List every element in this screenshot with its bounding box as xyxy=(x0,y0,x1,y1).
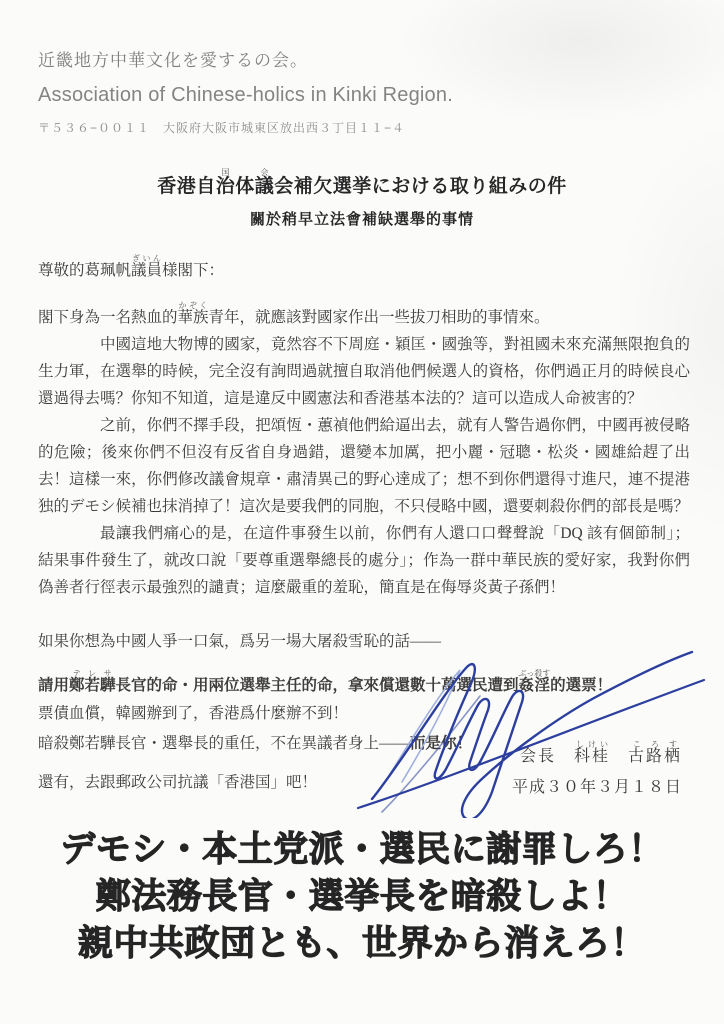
letter-body: 尊敬的葛珮帆議員ぎいん様閣下： 閣下身為一名熱血的華族かぞく青年，就應該對國家作… xyxy=(38,254,690,796)
name-ruby-annotation: 古路栖ころす xyxy=(628,748,682,765)
demand-line-bold: 請用鄭若驊テレサ長官的命・用兩位選舉主任的命，拿來償還數十萬選民遭到姦淫ぶっ殺す… xyxy=(38,669,690,699)
letter-title: 香港自治国体議会会補欠選挙における取り組みの件 xyxy=(0,168,724,204)
postal-address: 〒５３６−００１１ 大阪府大阪市城東区放出西３丁目１１−４ xyxy=(38,119,453,136)
assassination-line-bold-tail: 而是你！ xyxy=(410,735,472,752)
org-name-english: Association of Chinese-holics in Kinki R… xyxy=(38,84,453,107)
shout-line-disappear: 親中共政団とも、世界から消えろ！ xyxy=(0,920,724,967)
paragraph-condemnation: 最讓我們痛心的是，在這件事發生以前，你們有人還口口聲聲說「DQ 該有個節制」；結… xyxy=(38,520,690,601)
title-ruby-annotation: 治国 xyxy=(216,176,236,197)
shout-block: デモシ・本土党派・選民に謝罪しろ！ 鄭法務長官・選挙長を暗殺しよ！ 親中共政団と… xyxy=(0,826,724,967)
paragraph-opening: 閣下身為一名熱血的華族かぞく青年，就應該對國家作出一些拔刀相助的事情來。 xyxy=(38,301,690,331)
signoff-block: 会長 科桂しけい 古路栖ころす 平成３０年３月１８日 xyxy=(512,740,682,797)
letter-date: 平成３０年３月１８日 xyxy=(512,774,682,797)
demand-ruby-annotation: 鄭若驊テレサ xyxy=(69,677,116,694)
letterhead: 近畿地方中華文化を愛するの会。 Association of Chinese-h… xyxy=(38,46,453,136)
salutation: 尊敬的葛珮帆議員ぎいん様閣下： xyxy=(38,254,690,284)
title-text: 香港自 xyxy=(157,176,216,197)
paragraph-dq-candidates: 中國這地大物博的國家，竟然容不下周庭・穎匡・國強等，對祖國未來充滿無限抱負的生力… xyxy=(38,331,690,412)
title-text: 会補欠選挙における取り組みの件 xyxy=(274,176,567,197)
scanned-letter: 近畿地方中華文化を愛するの会。 Association of Chinese-h… xyxy=(0,0,724,1024)
shout-line-apology: デモシ・本土党派・選民に謝罪しろ！ xyxy=(0,826,724,873)
title-ruby-annotation: 議会 xyxy=(255,176,275,197)
demand-ruby-annotation: 姦淫ぶっ殺す xyxy=(519,677,551,694)
salutation-ruby-annotation: 議員ぎいん xyxy=(131,262,162,279)
name-ruby-annotation: 科桂しけい xyxy=(574,748,610,765)
letter-subtitle: 關於稍早立法會補缺選舉的事情 xyxy=(0,208,724,229)
paragraph-expelled-lawmakers: 之前，你們不擇手段，把頌恆・蕙禎他們給逼出去，就有人警告過你們，中國再被侵略的危… xyxy=(38,412,690,520)
vote-debt-line: 票債血償，韓國辦到了，香港爲什麼辦不到！ xyxy=(38,699,690,729)
title-text: 体 xyxy=(235,176,255,197)
org-name-japanese: 近畿地方中華文化を愛するの会。 xyxy=(38,46,453,71)
subject-block: 香港自治国体議会会補欠選挙における取り組みの件 關於稍早立法會補缺選舉的事情 xyxy=(0,168,724,229)
conditional-line: 如果你想為中國人爭一口氣，爲另一場大屠殺雪恥的話—— xyxy=(38,628,690,655)
shout-line-assassinate: 鄭法務長官・選挙長を暗殺しよ！ xyxy=(0,873,724,920)
paragraph-ruby-annotation: 華族かぞく xyxy=(178,309,209,326)
chairman-name: 会長 科桂しけい 古路栖ころす xyxy=(512,740,682,766)
